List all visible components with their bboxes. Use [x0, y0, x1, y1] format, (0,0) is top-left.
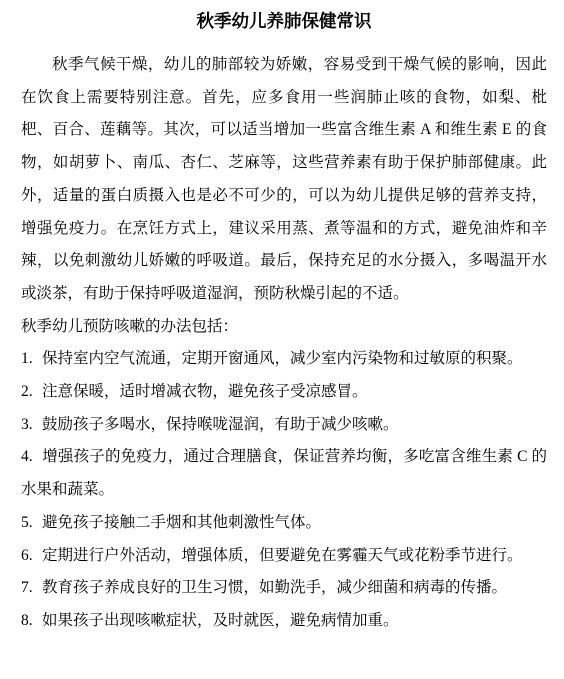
list-item-1: 1.保持室内空气流通，定期开窗通风，减少室内污染物和过敏原的积聚。 [21, 343, 547, 376]
list-item-8-text: 如果孩子出现咳嗽症状，及时就医，避免病情加重。 [42, 612, 399, 629]
list-item-5: 5.避免孩子接触二手烟和其他刺激性气体。 [21, 507, 547, 540]
list-item-1-number: 1. [21, 343, 42, 376]
list-item-3-number: 3. [21, 409, 42, 442]
list-item-6: 6.定期进行户外活动，增强体质，但要避免在雾霾天气或花粉季节进行。 [21, 540, 547, 573]
intro-paragraph: 秋季气候干燥，幼儿的肺部较为娇嫩，容易受到干燥气候的影响，因此在饮食上需要特别注… [21, 49, 547, 311]
list-item-5-number: 5. [21, 507, 42, 540]
list-item-5-text: 避免孩子接触二手烟和其他刺激性气体。 [42, 514, 321, 531]
list-item-6-text: 定期进行户外活动，增强体质，但要避免在雾霾天气或花粉季节进行。 [42, 547, 523, 564]
list-item-7-text: 教育孩子养成良好的卫生习惯，如勤洗手，减少细菌和病毒的传播。 [42, 579, 507, 596]
list-item-1-text: 保持室内空气流通，定期开窗通风，减少室内污染物和过敏原的积聚。 [42, 350, 523, 367]
list-item-8-number: 8. [21, 605, 42, 638]
list-intro-paragraph: 秋季幼儿预防咳嗽的办法包括： [21, 311, 547, 344]
list-item-3: 3.鼓励孩子多喝水，保持喉咙湿润，有助于减少咳嗽。 [21, 409, 547, 442]
list-item-4-number: 4. [21, 441, 42, 474]
list-item-4-text: 增强孩子的免疫力，通过合理膳食，保证营养均衡，多吃富含维生素 C 的水果和蔬菜。 [21, 448, 547, 498]
list-item-7-number: 7. [21, 572, 42, 605]
list-item-4: 4.增强孩子的免疫力，通过合理膳食，保证营养均衡，多吃富含维生素 C 的水果和蔬… [21, 441, 547, 506]
list-item-7: 7.教育孩子养成良好的卫生习惯，如勤洗手，减少细菌和病毒的传播。 [21, 572, 547, 605]
list-item-6-number: 6. [21, 540, 42, 573]
document-title: 秋季幼儿养肺保健常识 [21, 8, 547, 34]
list-item-2-number: 2. [21, 376, 42, 409]
list-item-2-text: 注意保暖，适时增减衣物，避免孩子受凉感冒。 [42, 383, 368, 400]
list-item-2: 2.注意保暖，适时增减衣物，避免孩子受凉感冒。 [21, 376, 547, 409]
document-page: 秋季幼儿养肺保健常识 秋季气候干燥，幼儿的肺部较为娇嫩，容易受到干燥气候的影响，… [0, 0, 564, 679]
list-item-3-text: 鼓励孩子多喝水，保持喉咙湿润，有助于减少咳嗽。 [42, 416, 399, 433]
list-item-8: 8.如果孩子出现咳嗽症状，及时就医，避免病情加重。 [21, 605, 547, 638]
